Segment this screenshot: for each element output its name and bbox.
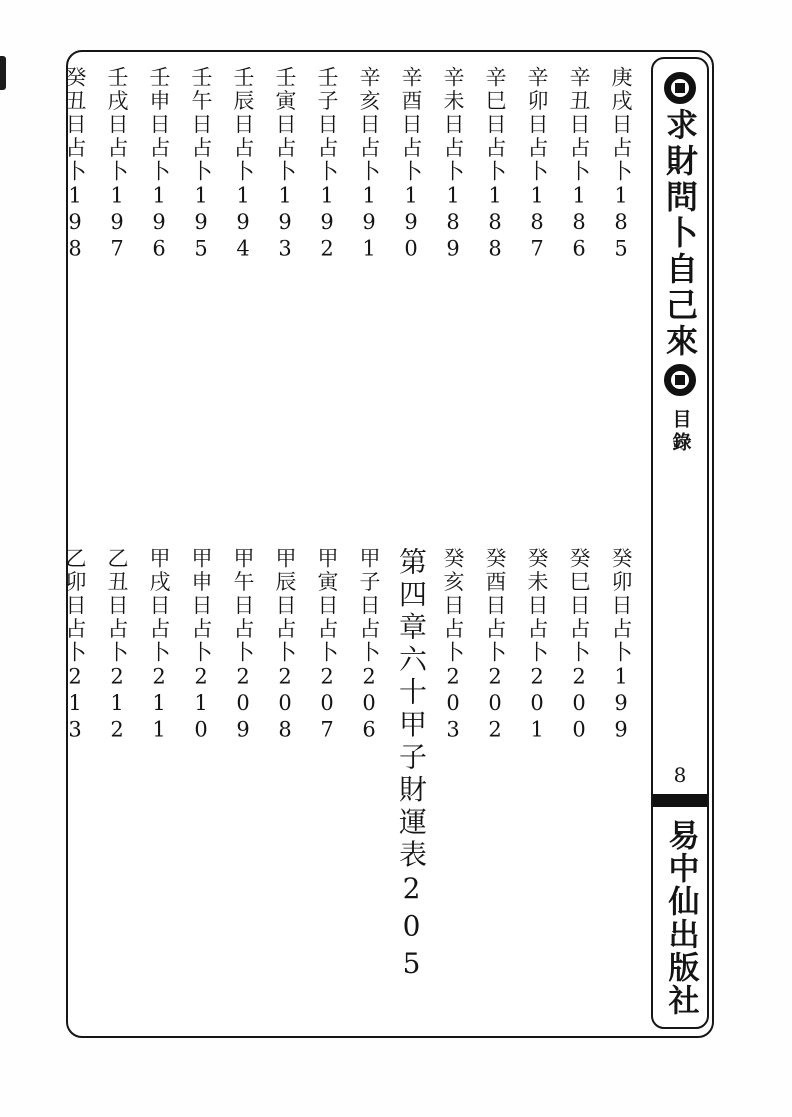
toc-top-block: 庚戌日占卜185 辛丑日占卜186 辛卯日占卜187 辛巳日占卜188 辛未日占… [54, 66, 642, 281]
toc-entry: 辛巳日占卜188 [474, 66, 516, 281]
toc-entry: 甲申日占卜210 [180, 547, 222, 992]
bullseye-core [675, 83, 685, 93]
bullseye-core [675, 375, 685, 385]
book-title: 求財問卜自己來 [664, 108, 696, 360]
toc-entry: 壬申日占卜196 [138, 66, 180, 281]
section-label: 目錄 [671, 409, 690, 455]
toc-entry: 甲辰日占卜208 [264, 547, 306, 992]
toc-entry: 乙丑日占卜212 [96, 547, 138, 992]
toc-entry: 辛未日占卜189 [432, 66, 474, 281]
publisher-name: 易中仙出版社 [665, 819, 696, 1017]
toc-entry: 壬子日占卜192 [306, 66, 348, 281]
sidebar-footer: 8 易中仙出版社 [653, 765, 707, 1017]
toc-entry: 辛丑日占卜186 [558, 66, 600, 281]
bullseye-icon [664, 364, 696, 396]
toc-entry: 乙卯日占卜213 [54, 547, 96, 992]
divider-bar [653, 794, 707, 807]
toc-entry: 甲寅日占卜207 [306, 547, 348, 992]
toc-entry: 甲子日占卜206 [348, 547, 390, 992]
toc-entry: 辛亥日占卜191 [348, 66, 390, 281]
toc-entry: 癸巳日占卜200 [558, 547, 600, 992]
toc-entry: 甲戌日占卜211 [138, 547, 180, 992]
toc-entry: 壬寅日占卜193 [264, 66, 306, 281]
toc-chapter-entry: 第四章六十甲子財運表205 [390, 547, 432, 992]
toc-entry: 壬辰日占卜194 [222, 66, 264, 281]
toc-entry: 癸亥日占卜203 [432, 547, 474, 992]
toc-entry: 辛卯日占卜187 [516, 66, 558, 281]
toc-entry: 辛酉日占卜190 [390, 66, 432, 281]
scan-artifact [0, 56, 6, 90]
scanned-page: 求財問卜自己來 目錄 8 易中仙出版社 庚戌日占卜185 辛丑日占卜186 辛卯… [0, 0, 792, 1117]
toc-entry: 壬戌日占卜197 [96, 66, 138, 281]
toc-entry: 癸卯日占卜199 [600, 547, 642, 992]
toc-entry: 癸酉日占卜202 [474, 547, 516, 992]
toc-bottom-block: 癸卯日占卜199 癸巳日占卜200 癸未日占卜201 癸酉日占卜202 癸亥日占… [54, 547, 642, 992]
page-number: 8 [674, 765, 687, 785]
toc-entry: 癸未日占卜201 [516, 547, 558, 992]
bullseye-icon [664, 72, 696, 104]
toc-entry: 壬午日占卜195 [180, 66, 222, 281]
title-sidebar: 求財問卜自己來 目錄 8 易中仙出版社 [651, 57, 709, 1029]
page-border: 求財問卜自己來 目錄 8 易中仙出版社 庚戌日占卜185 辛丑日占卜186 辛卯… [66, 50, 714, 1038]
toc-entry: 甲午日占卜209 [222, 547, 264, 992]
toc-entry: 癸丑日占卜198 [54, 66, 96, 281]
toc-entry: 庚戌日占卜185 [600, 66, 642, 281]
